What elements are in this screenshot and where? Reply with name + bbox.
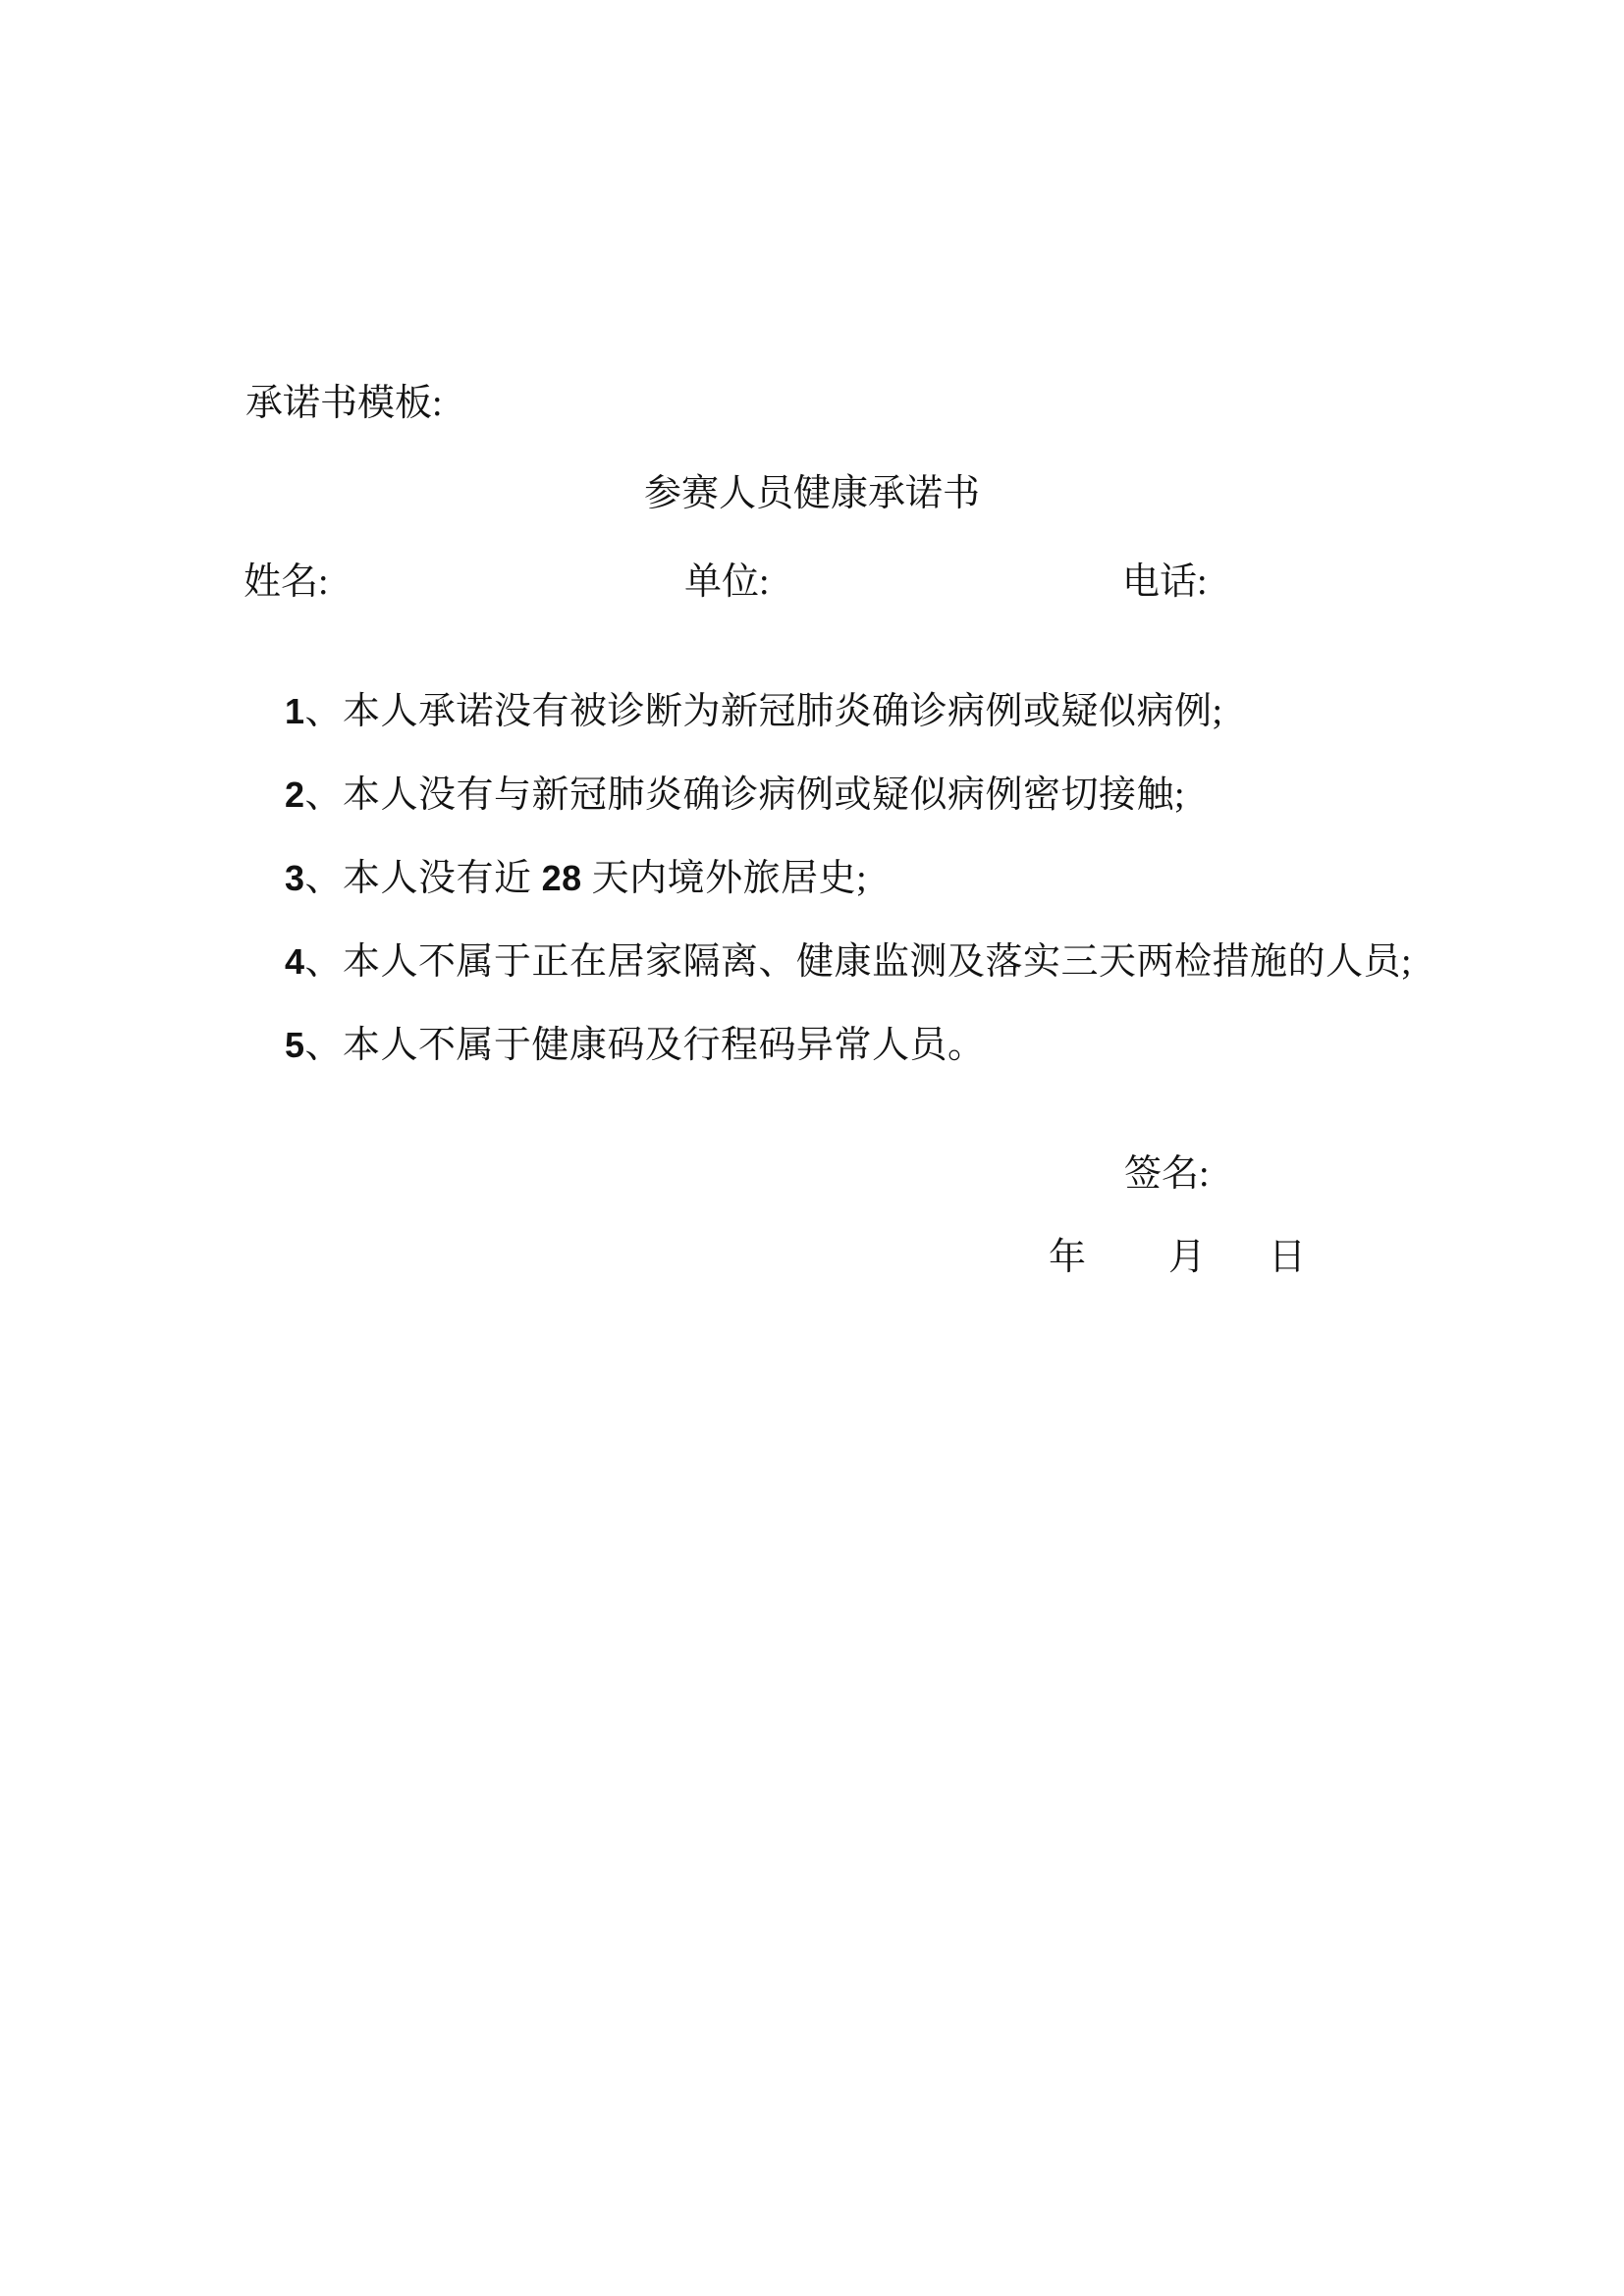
- item-text: 天内境外旅居史;: [582, 858, 868, 899]
- year-label: 年: [1049, 1237, 1086, 1279]
- day-label: 日: [1269, 1237, 1306, 1279]
- item-number: 4: [285, 941, 305, 982]
- item-text: 本人没有近: [343, 858, 542, 899]
- item-separator: 、: [305, 858, 344, 899]
- template-label: 承诺书模板:: [245, 383, 443, 425]
- item-separator: 、: [305, 1025, 344, 1066]
- item-text: 本人不属于正在居家隔离、健康监测及落实三天两检措施的人员;: [343, 941, 1412, 983]
- item-separator: 、: [305, 941, 344, 983]
- phone-label: 电话:: [1122, 561, 1208, 604]
- item-text: 本人不属于健康码及行程码异常人员。: [343, 1025, 986, 1066]
- item-number: 3: [285, 858, 305, 898]
- item-text: 本人承诺没有被诊断为新冠肺炎确诊病例或疑似病例;: [343, 691, 1223, 732]
- item-text: 本人没有与新冠肺炎确诊病例或疑似病例密切接触;: [343, 774, 1185, 816]
- signature-label: 签名:: [1124, 1153, 1210, 1196]
- item-number: 2: [285, 774, 305, 815]
- item-separator: 、: [305, 774, 344, 816]
- item-separator: 、: [305, 691, 344, 732]
- document-page: 承诺书模板: 参赛人员健康承诺书 姓名: 单位: 电话: 1、本人承诺没有被诊断…: [0, 0, 1624, 2296]
- document-title: 参赛人员健康承诺书: [245, 473, 1379, 515]
- item-number: 1: [285, 691, 305, 731]
- unit-label: 单位:: [684, 561, 770, 604]
- item-inline-number: 28: [542, 858, 582, 898]
- declaration-item-5: 5、本人不属于健康码及行程码异常人员。: [245, 983, 986, 1108]
- month-label: 月: [1168, 1237, 1206, 1279]
- name-label: 姓名:: [244, 561, 329, 604]
- item-number: 5: [285, 1025, 305, 1065]
